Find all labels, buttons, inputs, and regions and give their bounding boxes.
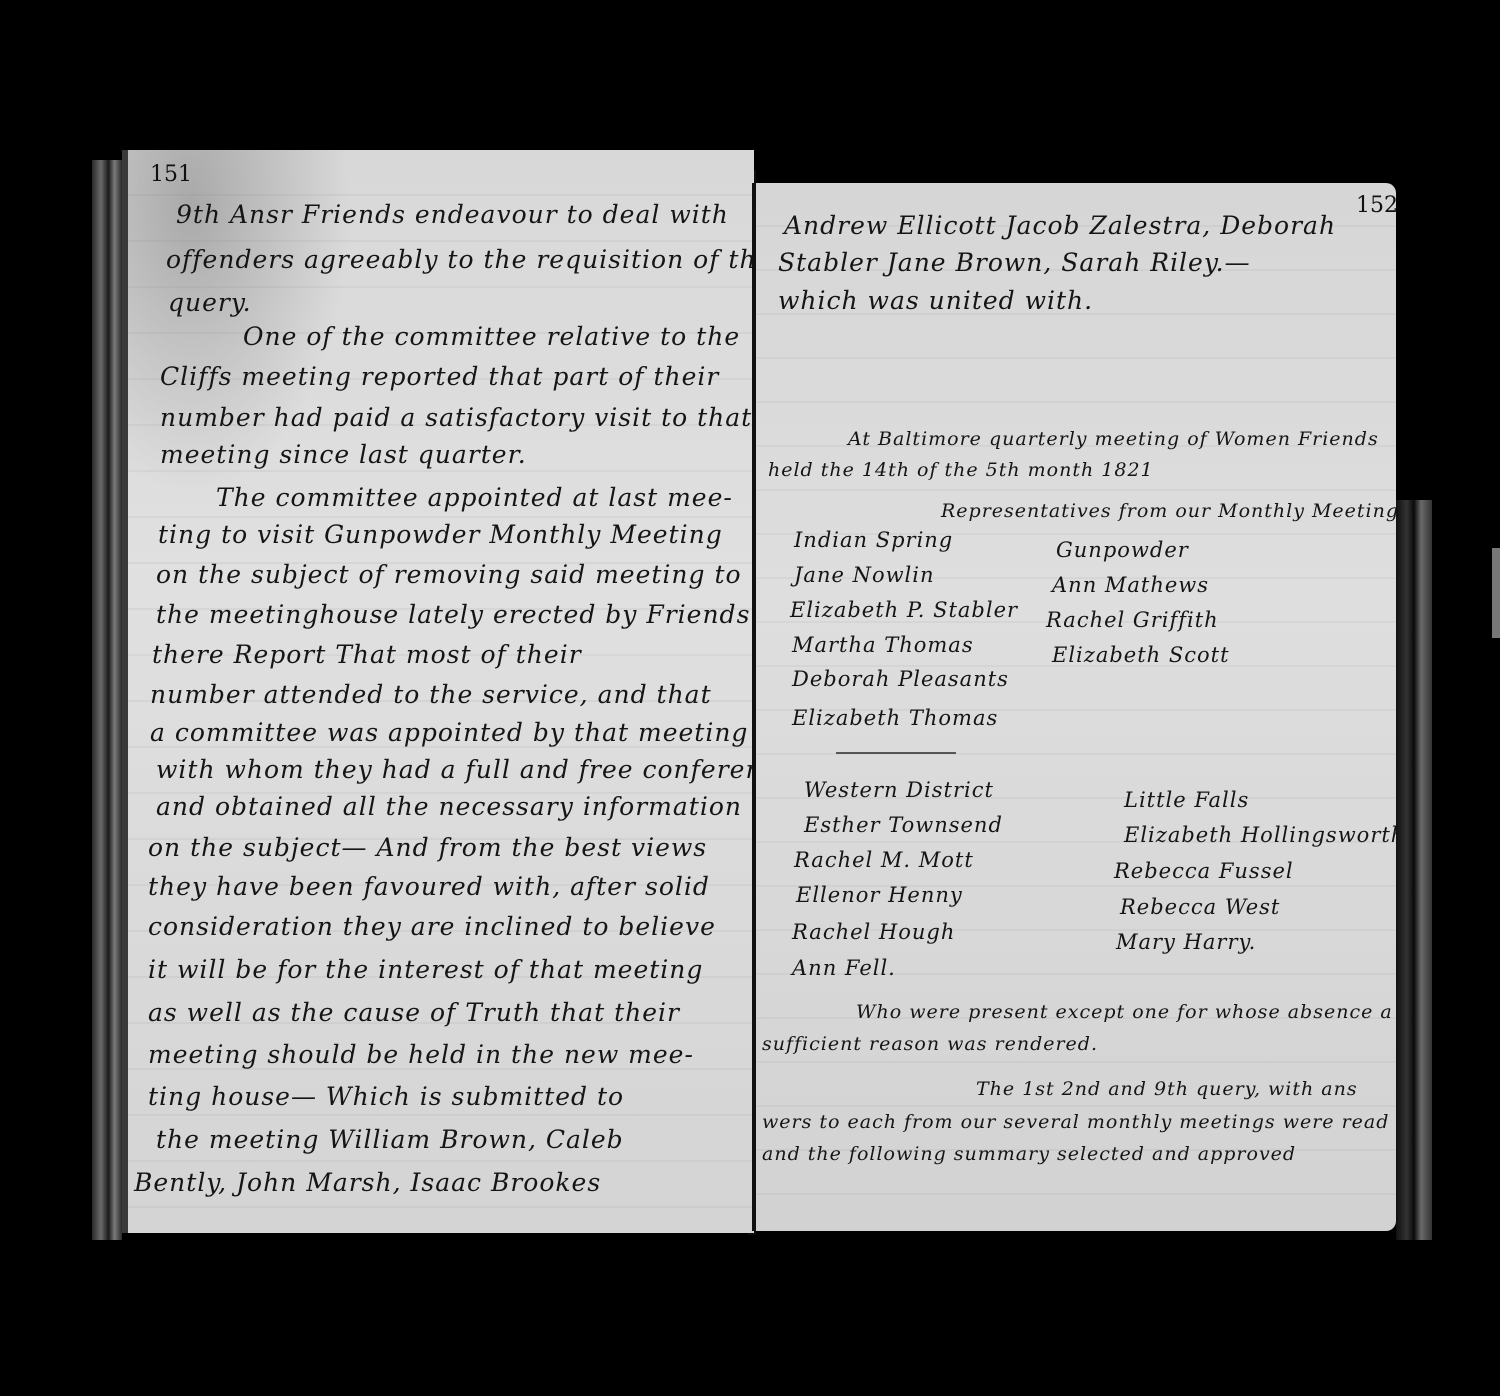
representative-name: Rebecca Fussel — [1114, 859, 1294, 883]
book-spread: 151 9th Ansr Friends endeavour to deal w… — [0, 0, 1500, 1396]
right-page-edges — [1396, 500, 1432, 1240]
text-line: ting house— Which is submitted to — [148, 1082, 624, 1111]
representative-name: Rachel Griffith — [1046, 608, 1219, 632]
representative-name: Rebecca West — [1120, 895, 1280, 919]
text-line: it will be for the interest of that meet… — [148, 955, 703, 984]
text-line: wers to each from our several monthly me… — [762, 1111, 1389, 1133]
text-line: query. — [168, 288, 252, 317]
representative-name: Rachel M. Mott — [794, 848, 974, 872]
text-line: Cliffs meeting reported that part of the… — [160, 362, 719, 391]
text-line: they have been favoured with, after soli… — [148, 872, 710, 901]
text-line: ting to visit Gunpowder Monthly Meeting — [158, 520, 723, 549]
text-line: a committee was appointed by that meetin… — [150, 718, 748, 747]
representatives-label: Representatives from our Monthly Meeting… — [941, 500, 1410, 522]
text-line: number attended to the service, and that — [150, 680, 712, 709]
text-line: One of the committee relative to the — [243, 322, 740, 351]
page-number: 152 — [1356, 193, 1398, 218]
text-line: as well as the cause of Truth that their — [148, 998, 680, 1027]
meeting-name: Gunpowder — [1056, 538, 1189, 562]
representative-name: Jane Nowlin — [794, 563, 935, 587]
text-line: sufficient reason was rendered. — [762, 1033, 1098, 1055]
text-line: Bently, John Marsh, Isaac Brookes — [134, 1168, 601, 1197]
meeting-heading: At Baltimore quarterly meeting of Women … — [848, 428, 1379, 450]
meeting-name: Indian Spring — [794, 528, 953, 552]
meeting-name: Western District — [804, 778, 994, 802]
text-line: number had paid a satisfactory visit to … — [160, 403, 752, 432]
representative-name: Elizabeth Thomas — [792, 706, 998, 730]
text-line: the meeting William Brown, Caleb — [156, 1125, 624, 1154]
representative-name: Ann Mathews — [1052, 573, 1209, 597]
text-line: 9th Ansr Friends endeavour to deal with — [176, 200, 729, 229]
text-line: which was united with. — [778, 286, 1093, 315]
text-line: on the subject— And from the best views — [148, 833, 707, 862]
text-line: meeting should be held in the new mee- — [148, 1040, 694, 1069]
divider — [836, 752, 956, 754]
text-line: and obtained all the necessary informati… — [156, 792, 742, 821]
representative-name: Martha Thomas — [792, 633, 974, 657]
text-line: with whom they had a full and free confe… — [156, 755, 793, 784]
left-page-edges — [92, 160, 122, 1240]
text-line: and the following summary selected and a… — [762, 1143, 1296, 1165]
text-line: The 1st 2nd and 9th query, with ans — [976, 1078, 1358, 1100]
text-line: The committee appointed at last mee- — [216, 483, 733, 512]
text-line: on the subject of removing said meeting … — [156, 560, 742, 589]
representative-name: Elizabeth Scott — [1052, 643, 1230, 667]
meeting-date: held the 14th of the 5th month 1821 — [768, 459, 1154, 481]
text-line: consideration they are inclined to belie… — [148, 912, 716, 941]
text-line: the meetinghouse lately erected by Frien… — [156, 600, 750, 629]
representative-name: Rachel Hough — [792, 920, 955, 944]
representative-name: Elizabeth Hollingsworth — [1124, 823, 1405, 847]
representative-name: Elizabeth P. Stabler — [790, 598, 1018, 622]
representative-name: Deborah Pleasants — [792, 667, 1009, 691]
text-line: Andrew Ellicott Jacob Zalestra, Deborah — [784, 211, 1336, 240]
meeting-name: Little Falls — [1124, 788, 1249, 812]
representative-name: Esther Townsend — [804, 813, 1003, 837]
text-line: meeting since last quarter. — [160, 440, 527, 469]
text-line: Who were present except one for whose ab… — [856, 1001, 1393, 1023]
representative-name: Ellenor Henny — [796, 883, 963, 907]
right-page: 152 Andrew Ellicott Jacob Zalestra, Debo… — [752, 183, 1396, 1231]
text-line: offenders agreeably to the requisition o… — [166, 245, 772, 274]
left-page: 151 9th Ansr Friends endeavour to deal w… — [122, 150, 754, 1233]
page-number: 151 — [150, 162, 192, 187]
representative-name: Ann Fell. — [792, 956, 896, 980]
representative-name: Mary Harry. — [1116, 930, 1256, 954]
text-line: Stabler Jane Brown, Sarah Riley.— — [778, 248, 1251, 277]
text-line: there Report That most of their — [152, 640, 582, 669]
page-tab — [1492, 548, 1500, 638]
